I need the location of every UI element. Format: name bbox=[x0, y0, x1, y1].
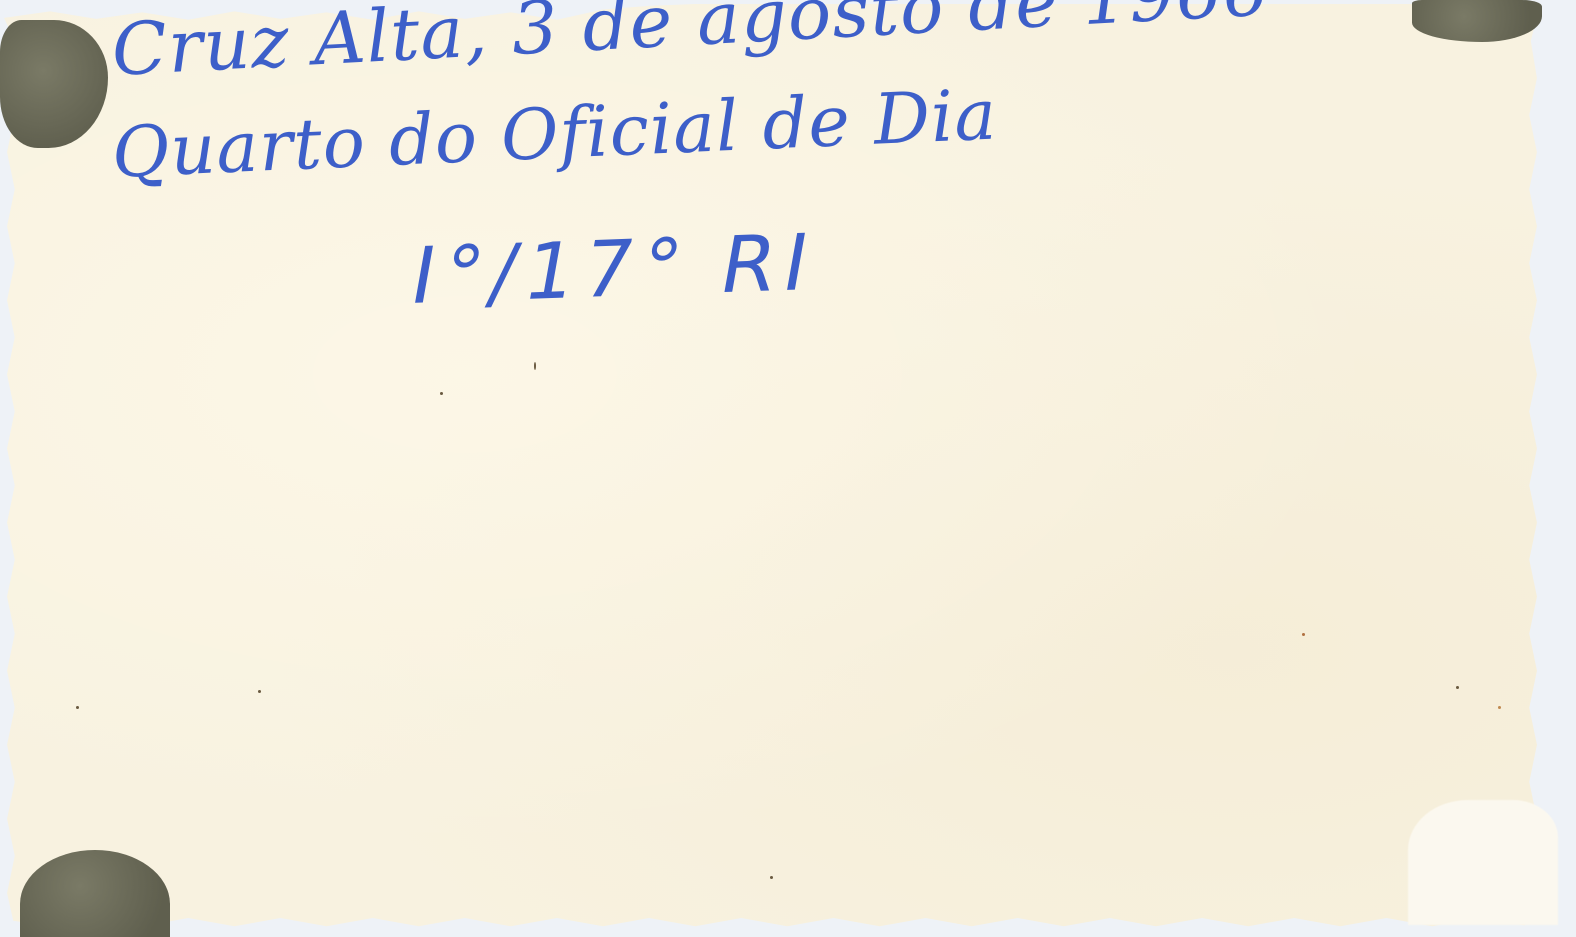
speck bbox=[1498, 706, 1501, 709]
speck bbox=[258, 690, 261, 693]
speck bbox=[1302, 633, 1305, 636]
speck bbox=[534, 362, 536, 370]
worn-corner-patch bbox=[1408, 800, 1558, 925]
speck bbox=[440, 392, 443, 395]
inscription-unit: I°/17° RI bbox=[404, 218, 823, 322]
speck bbox=[1456, 686, 1459, 689]
speck bbox=[76, 706, 79, 709]
scanned-photo-back: Cruz Alta, 3 de agôsto de 1966 Quarto do… bbox=[0, 0, 1576, 937]
speck bbox=[770, 876, 773, 879]
